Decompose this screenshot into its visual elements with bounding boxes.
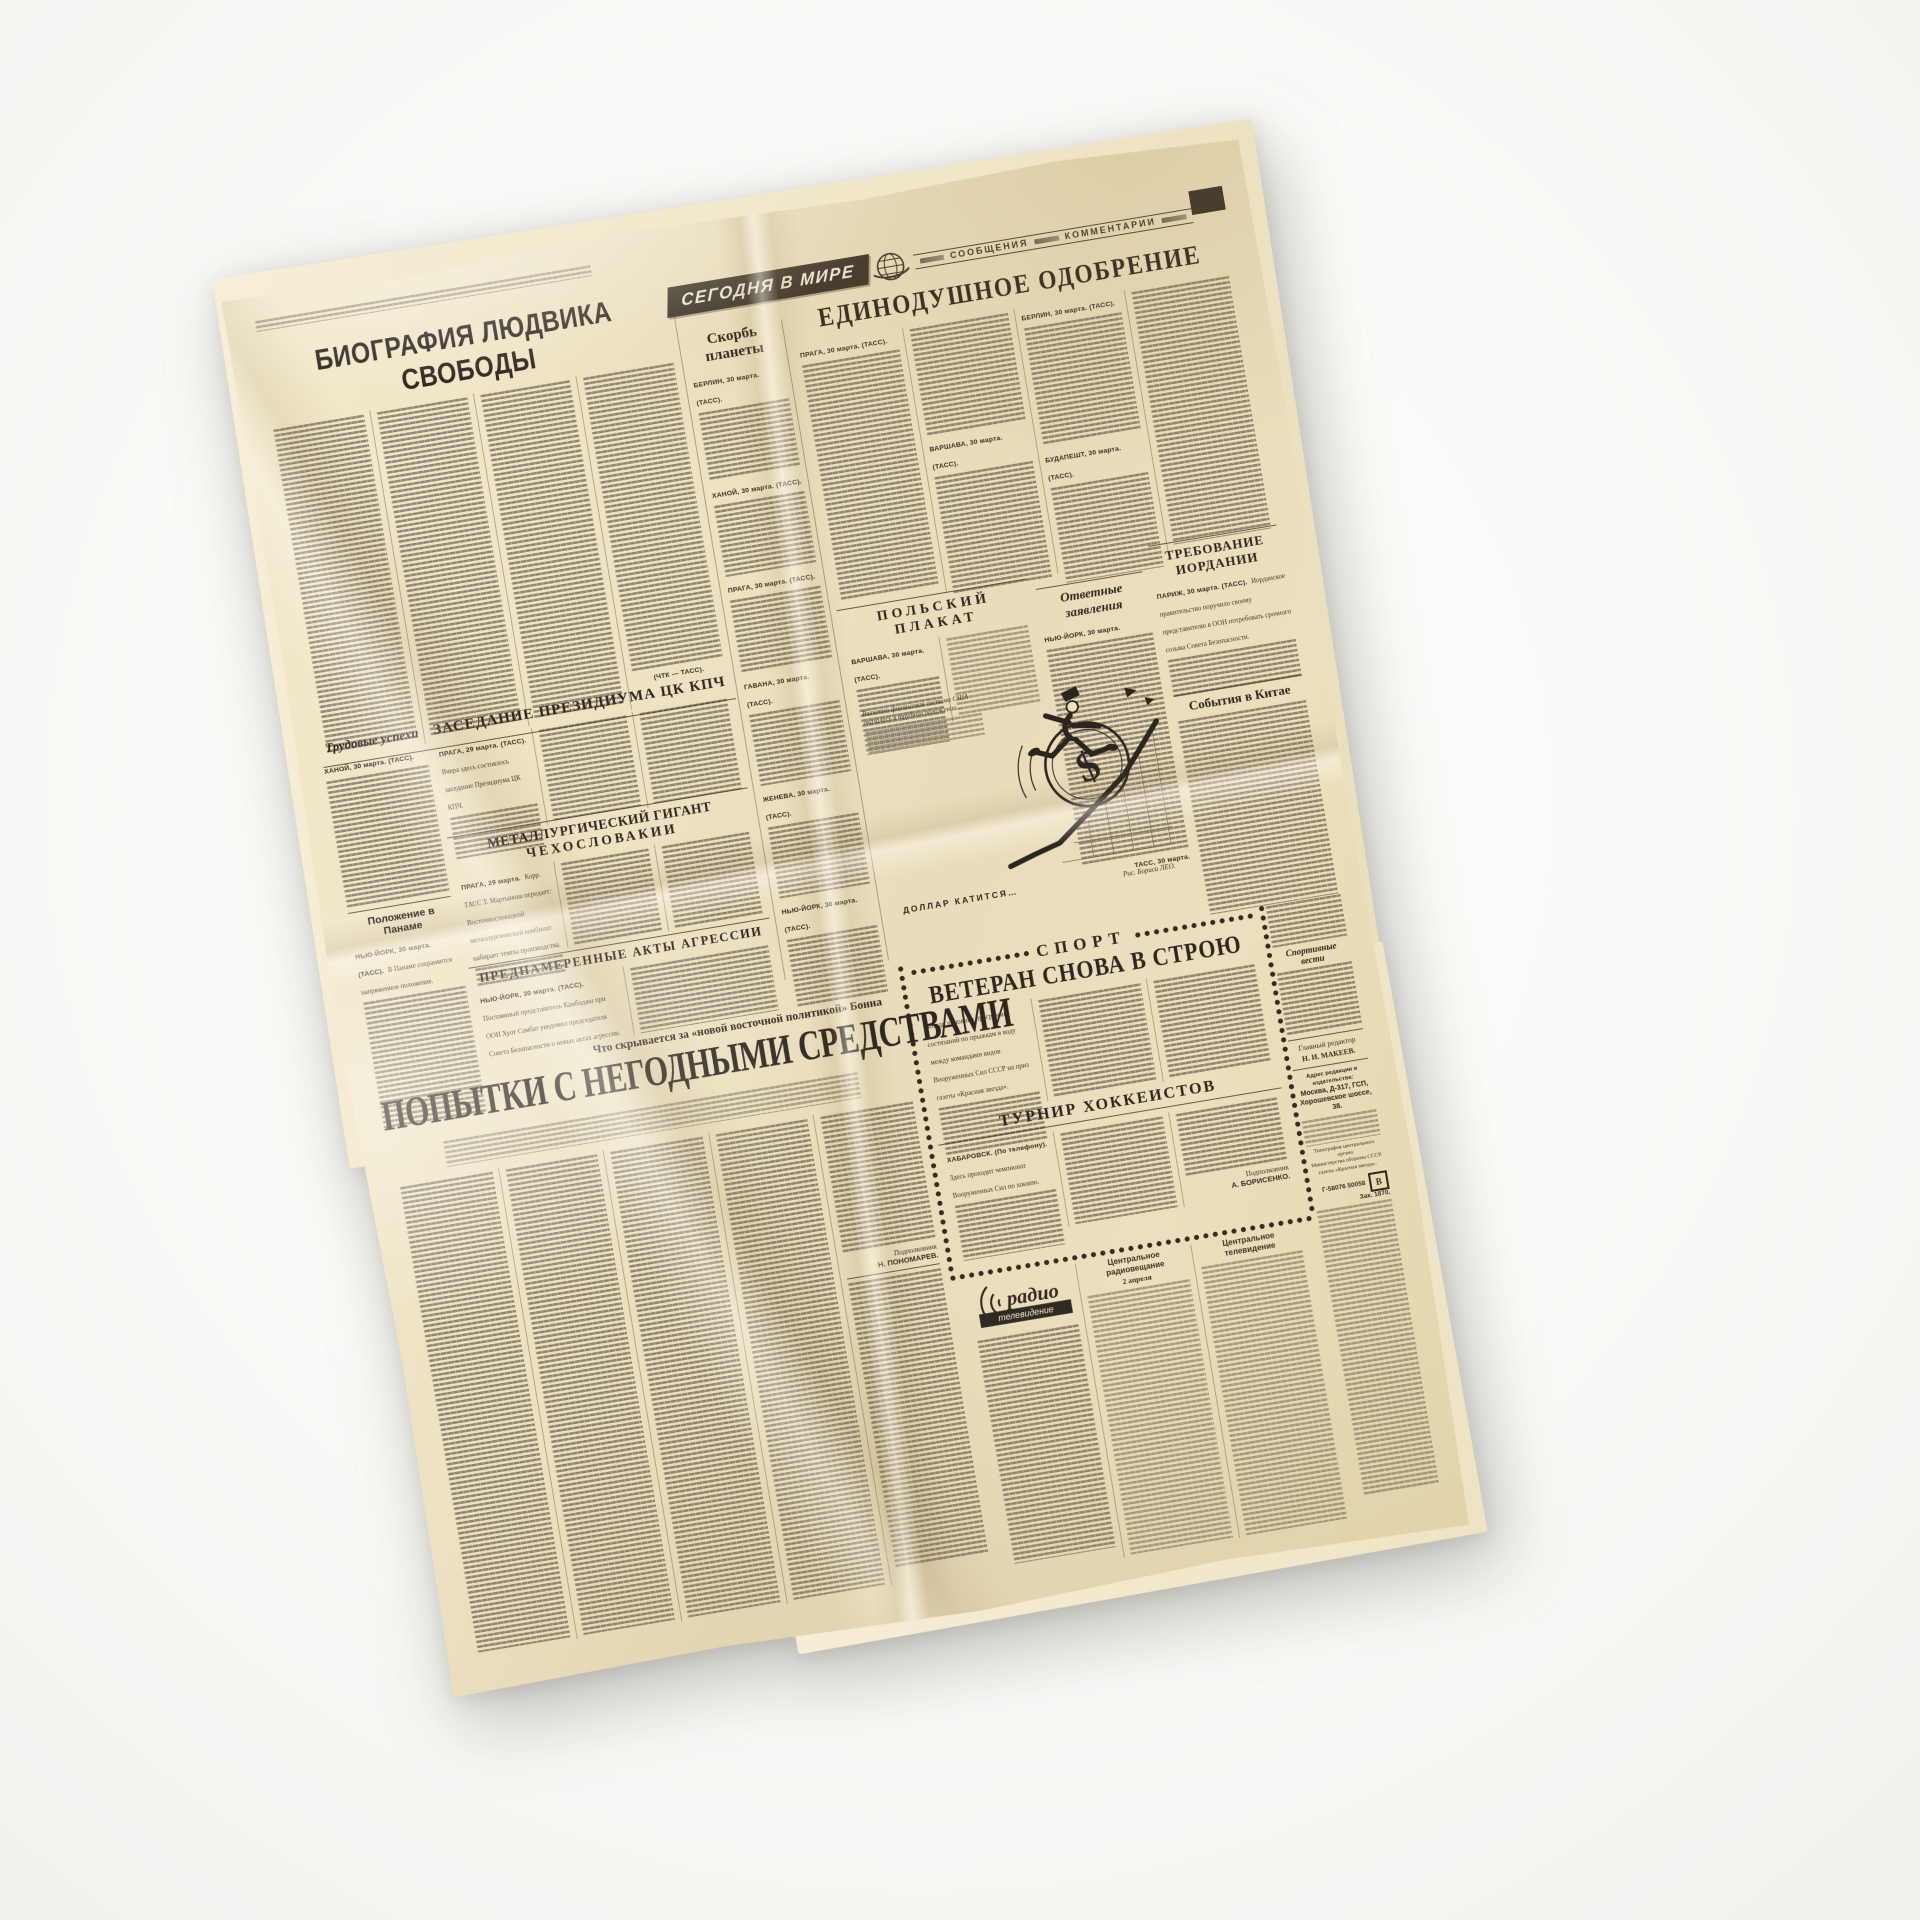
- sport-box: СПОРТ ВЕТЕРАН СНОВА В СТРОЮ Позади полов…: [908, 906, 1303, 1271]
- text-column: Подполковник А. БОРИСЕНКО.: [1168, 1093, 1299, 1207]
- text-column: [1053, 1112, 1184, 1226]
- dateline: НЬЮ-ЙОРК, 30 марта. (ТАСС).: [781, 897, 858, 934]
- grief-item: ЖЕНЕВА, 30 марта. (ТАСС).: [761, 774, 870, 899]
- dollar-cartoon: $: [978, 663, 1182, 885]
- text-column: [553, 845, 668, 949]
- text-column: [654, 828, 769, 932]
- article-china: События в Китае: [1173, 674, 1338, 917]
- text-column: [1145, 960, 1277, 1082]
- article-bonn: Что скрывается за «новой восточной полит…: [375, 989, 997, 1657]
- imprint-code: Г-58076 50058: [1322, 1180, 1366, 1194]
- globe-icon: [867, 246, 912, 288]
- grief-item: НЬЮ-ЙОРК, 30 марта. (ТАСС).: [780, 886, 889, 1009]
- grief-item: ХАНОЙ, 30 марта. (ТАСС).: [710, 470, 816, 577]
- newspaper: БИОГРАФИЯ ЛЮДВИКА СВОБОДЫ (ЧТК — ТАСС). …: [215, 129, 1475, 1701]
- radio-tv-block: радио телевидение Центральное радиовещан…: [961, 1225, 1353, 1576]
- article-jordan: ТРЕБОВАНИЕ ИОРДАНИИ ПАРИЖ, 30 марта. (ТА…: [1148, 524, 1302, 702]
- dateline: БУДАПЕШТ, 30 марта. (ТАСС).: [1045, 445, 1122, 482]
- dateline: ЖЕНЕВА, 30 марта. (ТАСС).: [762, 786, 830, 822]
- dateline: ГАВАНА, 30 марта. (ТАСС).: [744, 674, 810, 710]
- text-column: ПРАГА, 29 марта. Корр. ТАСС Т. Мартынова…: [454, 861, 568, 964]
- grief-item: ГАВАНА, 30 марта. (ТАСС).: [742, 662, 851, 787]
- grief-item: БЕРЛИН, 30 марта. (ТАСС).: [692, 360, 801, 483]
- grief-item: ПРАГА, 30 марта. (ТАСС).: [726, 565, 832, 674]
- dateline: ПРАГА, 29 марта. (ТАСС).: [438, 737, 526, 759]
- text-column: [1031, 979, 1163, 1101]
- text-column: ХАБАРОВСК. (По телефону). Здесь проходит…: [939, 1132, 1069, 1246]
- dateline: БЕРЛИН, 30 марта. (ТАСС).: [693, 372, 760, 408]
- dateline: ПАРИЖ, 30 марта. (ТАСС).: [1156, 579, 1248, 601]
- dateline: НЬЮ-ЙОРК, 30 марта. (ТАСС).: [355, 942, 432, 979]
- dateline: ВАРШАВА, 30 марта. (ТАСС).: [929, 435, 1003, 472]
- lead-text: Вчера здесь состоялось заседание Президи…: [441, 758, 521, 812]
- band-end-block: [1188, 186, 1225, 215]
- band-label-comments: КОММЕНТАРИИ: [1064, 217, 1157, 241]
- dateline: ПРАГА, 29 марта.: [461, 875, 522, 892]
- photo-scene: БИОГРАФИЯ ЛЮДВИКА СВОБОДЫ (ЧТК — ТАСС). …: [0, 0, 1920, 1920]
- band-label-messages: СООБЩЕНИЯ: [949, 239, 1029, 261]
- dateline: ВАРШАВА, 30 марта. (ТАСС).: [851, 647, 925, 684]
